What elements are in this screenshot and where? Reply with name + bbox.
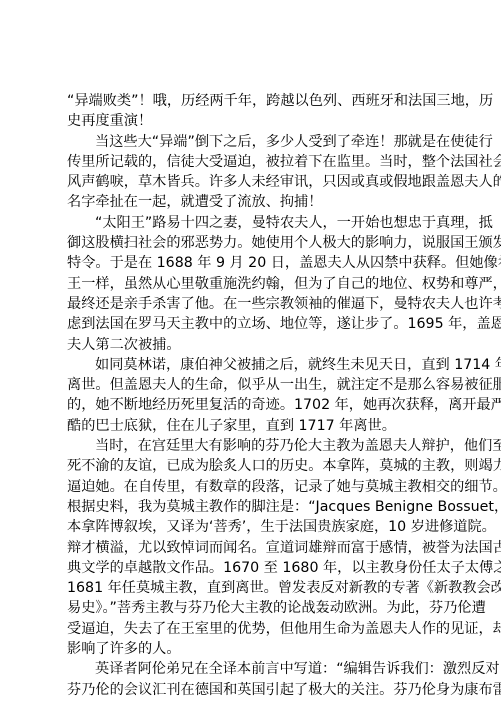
text-line: 影响了许多的人。 xyxy=(67,639,439,659)
text-line: 最终还是亲手杀害了他。在一些宗教领袖的催逼下，曼特农夫人也许考 xyxy=(67,294,439,314)
paragraph-6: 英译者阿伦弟兄在全译本前言中写道：“编辑告诉我们：激烈反对 芬乃伦的会议汇刊在德… xyxy=(67,659,439,700)
text-line: 典文学的卓越散文作品。1670 至 1680 年，以主教身份任太子太傅之职。 xyxy=(67,558,439,578)
paragraph-5: 当时，在宫廷里大有影响的芬乃伦大主教为盖恩夫人辩护，他们至 死不渝的友谊，已成为… xyxy=(67,436,439,659)
text-line: 逼迫她。在自传里，有数章的段落，记录了她与莫城主教相交的细节。 xyxy=(67,477,439,497)
text-line: 死不渝的友谊，已成为脍炙人口的历史。本拿阵，莫城的主教，则竭力 xyxy=(67,456,439,476)
text-line: 离世。但盖恩夫人的生命，似乎从一出生，就注定不是那么容易被征服 xyxy=(67,375,439,395)
text-line: 的，她不断地经历死里复活的奇迹。1702 年，她再次获释，离开最严 xyxy=(67,395,439,415)
paragraph-2: 当这些大“异端”倒下之后，多少人受到了牵连！那就是在使徒行 传里所记载的，信徒大… xyxy=(67,132,439,213)
text-line: 传里所记载的，信徒大受逼迫，被拉着下在监里。当时，整个法国社会 xyxy=(67,152,439,172)
text-line: 根据史料，我为莫城主教作的脚注是：“Jacques Benigne Bossue… xyxy=(67,497,439,517)
text-line: 王一样，虽然从心里敬重施洗约翰，但为了自己的地位、权势和尊严， xyxy=(67,274,439,294)
paragraph-1: “异端败类”！哦，历经两千年，跨越以色列、西班牙和法国三地，历 史再度重演！ xyxy=(67,91,439,132)
text-line: 夫人第二次被捕。 xyxy=(67,335,439,355)
text-line: 当这些大“异端”倒下之后，多少人受到了牵连！那就是在使徒行 xyxy=(67,132,439,152)
text-line: 如同莫林诺，康伯神父被捕之后，就终生未见天日，直到 1714 年 xyxy=(67,355,439,375)
text-line: 史再度重演！ xyxy=(67,111,439,131)
text-line: 辩才横溢，尤以致悼词而闻名。宣道词雄辩而富于感情，被誉为法国古 xyxy=(67,538,439,558)
text-line: 英译者阿伦弟兄在全译本前言中写道：“编辑告诉我们：激烈反对 xyxy=(67,659,439,679)
text-line: 风声鹤唳，草木皆兵。许多人未经审讯，只因或真或假地跟盖恩夫人的 xyxy=(67,172,439,192)
text-line: 虑到法国在罗马天主教中的立场、地位等，遂让步了。1695 年，盖恩 xyxy=(67,314,439,334)
text-line: 特令。于是在 1688 年 9 月 20 日，盖恩夫人从囚禁中获释。但她像希律 xyxy=(67,253,439,273)
text-line: 本拿阵博叙埃，又译为‘菩秀’，生于法国贵族家庭，10 岁进修道院。 xyxy=(67,517,439,537)
text-line: 当时，在宫廷里大有影响的芬乃伦大主教为盖恩夫人辩护，他们至 xyxy=(67,436,439,456)
text-line: 酷的巴士底狱，住在儿子家里，直到 1717 年离世。 xyxy=(67,416,439,436)
paragraph-4: 如同莫林诺，康伯神父被捕之后，就终生未见天日，直到 1714 年 离世。但盖恩夫… xyxy=(67,355,439,436)
text-line: 1681 年任莫城主教，直到离世。曾发表反对新教的专著《新教教会改 xyxy=(67,578,439,598)
document-page: “异端败类”！哦，历经两千年，跨越以色列、西班牙和法国三地，历 史再度重演！ 当… xyxy=(67,91,439,700)
text-line: 受逼迫，失去了在王室里的优势，但他用生命为盖恩夫人作的见证，却 xyxy=(67,619,439,639)
text-line: “太阳王”路易十四之妻，曼特农夫人，一开始也想忠于真理，抵 xyxy=(67,213,439,233)
text-line: 名字牵扯在一起，就遭受了流放、拘捕！ xyxy=(67,192,439,212)
text-line: 芬乃伦的会议汇刊在德国和英国引起了极大的关注。芬乃伦身为康布雷 xyxy=(67,680,439,700)
text-line: “异端败类”！哦，历经两千年，跨越以色列、西班牙和法国三地，历 xyxy=(67,91,439,111)
text-line: 易史》。”菩秀主教与芬乃伦大主教的论战轰动欧洲。为此，芬乃伦遭 xyxy=(67,598,439,618)
paragraph-3: “太阳王”路易十四之妻，曼特农夫人，一开始也想忠于真理，抵 御这股横扫社会的邪恶… xyxy=(67,213,439,355)
text-line: 御这股横扫社会的邪恶势力。她使用个人极大的影响力，说服国王颁发 xyxy=(67,233,439,253)
